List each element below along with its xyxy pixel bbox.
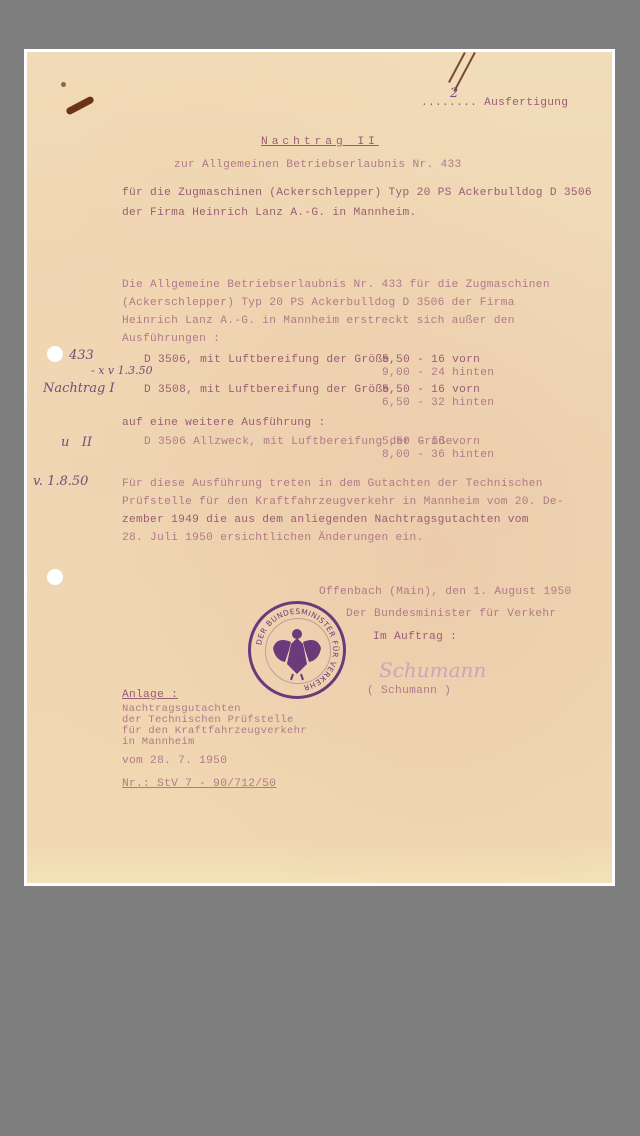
variant-3-front: 5,50 - 16 vorn — [382, 435, 480, 449]
scanned-document-page: ........ Ausfertigung 2 Nachtrag II zur … — [27, 52, 612, 883]
copy-number-handwritten: 2 — [450, 86, 458, 101]
handwritten-signature: Schumann — [379, 658, 486, 682]
margin-note-date-1: - x v 1.3.50 — [91, 364, 153, 377]
margin-note-433: 433 — [69, 348, 94, 363]
ink-stain — [65, 95, 95, 115]
place-date: Offenbach (Main), den 1. August 1950 — [319, 585, 572, 599]
document-subtitle: zur Allgemeinen Betriebserlaubnis Nr. 43… — [174, 158, 462, 172]
official-seal: DER BUNDESMINISTER FÜR VERKEHR — [248, 601, 346, 699]
attachment-label: Anlage : — [122, 688, 178, 702]
reference-number: Nr.: StV 7 - 90/712/50 — [122, 777, 276, 791]
punch-hole-top — [47, 346, 63, 362]
on-behalf: Im Auftrag : — [373, 630, 457, 644]
eagle-emblem-icon: DER BUNDESMINISTER FÜR VERKEHR — [251, 604, 343, 696]
closing-line-4: 28. Juli 1950 ersichtlichen Änderungen e… — [122, 531, 424, 545]
variant-2-rear: 6,50 - 32 hinten — [382, 396, 494, 410]
body-line-1: Die Allgemeine Betriebserlaubnis Nr. 433… — [122, 278, 550, 292]
body-line-4: Ausführungen : — [122, 332, 220, 346]
intro-line-1: für die Zugmaschinen (Ackerschlepper) Ty… — [122, 186, 592, 200]
attachment-date: vom 28. 7. 1950 — [122, 754, 227, 768]
variant-3-rear: 8,00 - 36 hinten — [382, 448, 494, 462]
margin-note-date-2: v. 1.8.50 — [33, 474, 88, 489]
attachment-line-4: in Mannheim — [122, 737, 195, 748]
closing-line-3: zember 1949 die aus dem anliegenden Nach… — [122, 513, 529, 527]
punch-hole-bottom — [47, 569, 63, 585]
body-line-2: (Ackerschlepper) Typ 20 PS Ackerbulldog … — [122, 296, 515, 310]
variant-2-model: D 3508, mit Luftbereifung der Größe — [144, 383, 389, 397]
copy-mark: ........ Ausfertigung — [421, 96, 568, 110]
variant-1-rear: 9,00 - 24 hinten — [382, 366, 494, 380]
margin-note-nachtrag-i: Nachtrag I — [43, 381, 115, 396]
body-line-3: Heinrich Lanz A.-G. in Mannheim erstreck… — [122, 314, 515, 328]
variant-2-front: 5,50 - 16 vorn — [382, 383, 480, 397]
authority: Der Bundesminister für Verkehr — [346, 607, 556, 621]
intro-line-2: der Firma Heinrich Lanz A.-G. in Mannhei… — [122, 206, 417, 220]
pen-stroke — [448, 52, 465, 83]
variant-1-model: D 3506, mit Luftbereifung der Größe — [144, 353, 389, 367]
closing-line-1: Für diese Ausführung treten in dem Gutac… — [122, 477, 543, 491]
further-label: auf eine weitere Ausführung : — [122, 416, 325, 430]
document-viewer-frame: ........ Ausfertigung 2 Nachtrag II zur … — [24, 49, 615, 886]
margin-note-ii: u II — [61, 435, 92, 450]
signer-name: ( Schumann ) — [367, 684, 451, 698]
ink-spot — [60, 81, 67, 88]
document-title: Nachtrag II — [261, 135, 379, 149]
closing-line-2: Prüfstelle für den Kraftfahrzeugverkehr … — [122, 495, 564, 509]
variant-1-front: 5,50 - 16 vorn — [382, 353, 480, 367]
